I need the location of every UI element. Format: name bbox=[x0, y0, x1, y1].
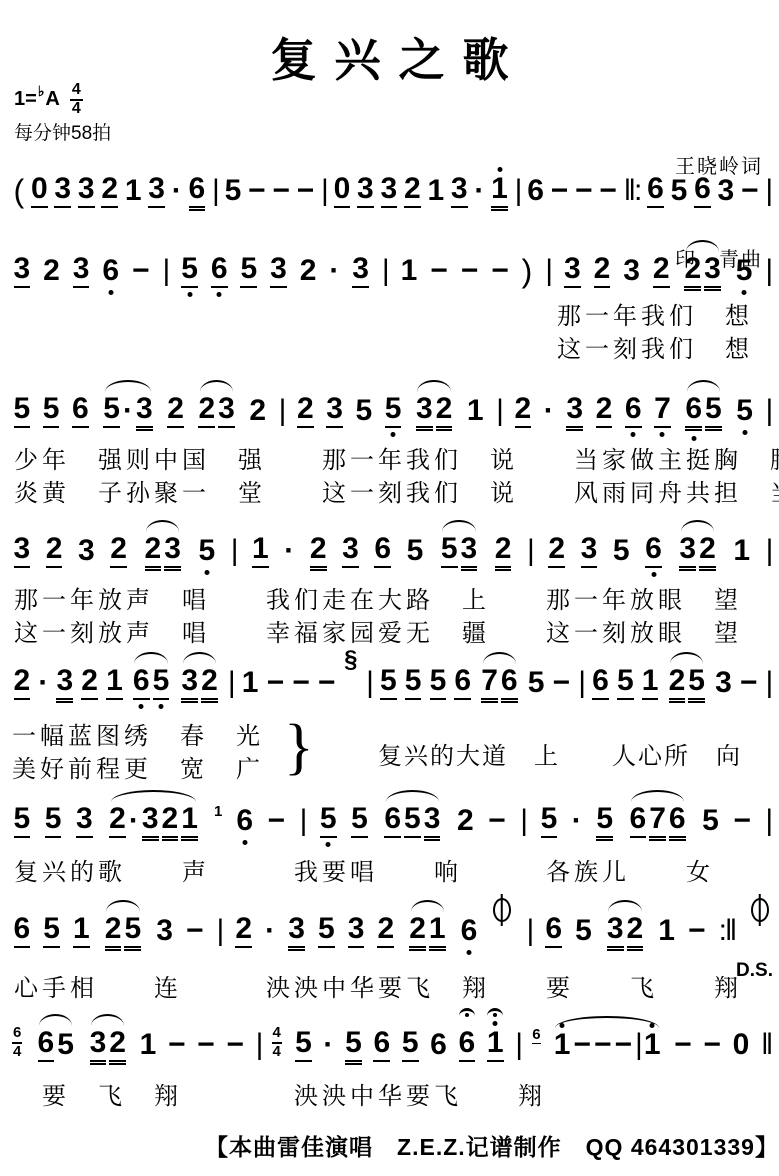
octave-dot bbox=[691, 436, 696, 441]
meter-top: 4 bbox=[272, 1025, 282, 1044]
note: 6 bbox=[592, 664, 609, 700]
lyrics-block: 心手相 连 泱泱中华要飞 翔 要 飞 翔 bbox=[12, 972, 773, 1005]
note: 3 bbox=[218, 392, 235, 428]
note: 2 bbox=[436, 392, 453, 428]
note: − bbox=[551, 174, 569, 208]
note: 5 bbox=[124, 912, 141, 948]
note: − bbox=[186, 914, 204, 948]
note: 3 bbox=[54, 172, 71, 208]
note: 5 bbox=[402, 1026, 419, 1062]
note: 2 bbox=[109, 802, 126, 838]
note: 5 bbox=[702, 804, 719, 838]
note: 3 bbox=[148, 172, 165, 208]
note: 6 bbox=[430, 1028, 447, 1062]
octave-dot bbox=[650, 1023, 655, 1028]
note: 3 bbox=[352, 252, 369, 288]
lyric-line: 炎黄 子孙聚一 堂 这一刻我们 说 风雨同舟共担 当 bbox=[12, 477, 773, 510]
note: 3 bbox=[607, 912, 624, 948]
note: 2 bbox=[46, 532, 63, 568]
note: 6 bbox=[72, 392, 89, 428]
barline: | bbox=[545, 254, 551, 288]
lyrics-block: 要 飞 翔 泱泱中华要飞 翔 bbox=[12, 1080, 773, 1113]
note: 6 bbox=[133, 664, 150, 700]
lyric-line: 心手相 连 泱泱中华要飞 翔 要 飞 翔 bbox=[12, 972, 773, 1005]
note: 5 bbox=[14, 802, 31, 838]
note: 6 bbox=[527, 174, 544, 208]
note: 0 bbox=[31, 172, 48, 208]
barline: | bbox=[765, 804, 771, 838]
note: 2 bbox=[596, 392, 613, 428]
slur-group: 76 bbox=[480, 664, 519, 700]
note: − bbox=[594, 1028, 612, 1062]
note: − bbox=[614, 1028, 632, 1062]
slur-group: 676 bbox=[628, 802, 687, 838]
note: 7 bbox=[481, 664, 498, 700]
note: 3 bbox=[14, 252, 31, 288]
note: 5 bbox=[320, 802, 337, 838]
note: 1 bbox=[644, 1028, 661, 1062]
note: 1 bbox=[73, 912, 90, 948]
slur-group: 65 bbox=[36, 1026, 75, 1062]
note: − bbox=[268, 804, 286, 838]
lyric-line: 复兴的大道 上 人心所 向 bbox=[378, 736, 742, 771]
time-signature: 64 bbox=[12, 1025, 22, 1060]
note: − bbox=[318, 666, 336, 700]
note: 2 bbox=[495, 532, 512, 568]
note: 5 bbox=[380, 664, 397, 700]
note: 1 bbox=[554, 1028, 571, 1062]
note: · bbox=[38, 666, 48, 700]
tempo-marking: 每分钟58拍 bbox=[14, 118, 111, 145]
note: 2 bbox=[515, 392, 532, 428]
note: − bbox=[132, 254, 150, 288]
note: 5 bbox=[736, 254, 753, 288]
slur-group: 21 bbox=[408, 912, 447, 948]
barline: | bbox=[321, 174, 327, 208]
note: · bbox=[544, 394, 554, 428]
lyric-line: 这一刻放声 唱 幸福家园爱无 疆 这一刻放眼 望 bbox=[12, 617, 773, 650]
note: · bbox=[474, 174, 484, 208]
note: 2 bbox=[627, 912, 644, 948]
note: 1 bbox=[181, 802, 198, 838]
grace-note: 1 bbox=[214, 803, 222, 820]
note: 5 bbox=[295, 1026, 312, 1062]
note: 5 bbox=[345, 1026, 362, 1062]
note: 3 bbox=[56, 664, 73, 700]
slur-group: 23 bbox=[683, 252, 722, 288]
note: − bbox=[292, 666, 310, 700]
note: 3 bbox=[704, 252, 721, 288]
note: − bbox=[740, 666, 758, 700]
note: − bbox=[599, 174, 617, 208]
note: 5 bbox=[596, 802, 613, 838]
note: 2 bbox=[594, 252, 611, 288]
note: 2 bbox=[201, 664, 218, 700]
note: 2 bbox=[145, 532, 162, 568]
note: 3 bbox=[715, 666, 732, 700]
octave-dot bbox=[108, 290, 113, 295]
note: · bbox=[129, 804, 139, 838]
note: 3 bbox=[136, 392, 153, 428]
note: − bbox=[267, 666, 285, 700]
note: 1 bbox=[642, 664, 659, 700]
paren: ( bbox=[14, 174, 25, 208]
note: 2 bbox=[684, 252, 701, 288]
note: 1 bbox=[242, 666, 259, 700]
note: − bbox=[272, 174, 290, 208]
barline: | bbox=[765, 174, 771, 208]
note: 1 bbox=[491, 172, 508, 208]
note: 5 bbox=[385, 392, 402, 428]
lyric-line: 那一年放声 唱 我们走在大路 上 那一年放眼 望 bbox=[12, 584, 773, 617]
note: 5 bbox=[45, 802, 62, 838]
note: 3 bbox=[357, 172, 374, 208]
notation-line: 6465321−−−|445·565661|61−−−|1−−0‖ bbox=[12, 1022, 773, 1062]
note: 2 bbox=[653, 252, 670, 288]
note: · bbox=[323, 1028, 333, 1062]
key-letter: A bbox=[45, 88, 59, 111]
octave-dot bbox=[187, 292, 192, 297]
note: 5 bbox=[43, 392, 60, 428]
note: 3 bbox=[181, 664, 198, 700]
key-prefix: 1= bbox=[14, 88, 37, 111]
note: 3 bbox=[623, 254, 640, 288]
note: 5 bbox=[541, 802, 558, 838]
note: 5 bbox=[441, 532, 458, 568]
note: 6 bbox=[669, 802, 686, 838]
music-system-3: 5565·32232|2355321|2·3267655|少年 强则中国 强 那… bbox=[12, 388, 773, 510]
note: 3 bbox=[90, 1026, 107, 1062]
note: 5 bbox=[57, 1028, 74, 1062]
note: 6 bbox=[384, 802, 401, 838]
note: · bbox=[329, 254, 339, 288]
note: 3 bbox=[156, 914, 173, 948]
note: 2 bbox=[297, 392, 314, 428]
octave-dot bbox=[742, 430, 747, 435]
note: 2 bbox=[81, 664, 98, 700]
music-system-8: 6465321−−−|445·565661|61−−−|1−−0‖要 飞 翔 泱… bbox=[12, 1022, 773, 1113]
slur-group: 65 bbox=[684, 392, 723, 428]
note: 3 bbox=[348, 912, 365, 948]
slur-group: 32 bbox=[180, 664, 219, 700]
lyric-line: 这一刻我们 想 bbox=[12, 333, 773, 366]
note: − bbox=[226, 1028, 244, 1062]
note: 6 bbox=[694, 172, 711, 208]
fermata-icon bbox=[487, 1008, 503, 1020]
notation-line: 5532·32116−|556532−|5·56765−| bbox=[12, 798, 773, 838]
brace: } bbox=[284, 712, 314, 783]
octave-dot bbox=[631, 432, 636, 437]
notation-line: (033213·6|5−−−|033213·1|6−−−‖:6563−| bbox=[12, 168, 773, 208]
slur-group: 2·321 bbox=[108, 802, 200, 838]
barline: | bbox=[578, 666, 584, 700]
lyric-line: 美好前程更 宽 广 bbox=[12, 753, 264, 786]
note: 5 bbox=[404, 802, 421, 838]
note: 2 bbox=[377, 912, 394, 948]
note: 6 bbox=[102, 254, 119, 288]
barline: :‖ bbox=[719, 914, 736, 948]
barline: | bbox=[217, 914, 223, 948]
note: 1 bbox=[467, 394, 484, 428]
note: 2 bbox=[235, 912, 252, 948]
note: 5 bbox=[736, 394, 753, 428]
note: 5 bbox=[407, 534, 424, 568]
note: 5 bbox=[43, 912, 60, 948]
note: 3 bbox=[164, 532, 181, 568]
note: − bbox=[741, 174, 759, 208]
note: − bbox=[688, 914, 706, 948]
slur-group: 25 bbox=[103, 912, 142, 948]
note: 2 bbox=[162, 802, 179, 838]
note: 6 bbox=[236, 804, 253, 838]
lyrics-block: 一幅蓝图绣 春 光美好前程更 宽 广 bbox=[12, 720, 264, 786]
note: 3 bbox=[73, 252, 90, 288]
octave-dot bbox=[158, 704, 163, 709]
note: 5 bbox=[575, 914, 592, 948]
slur-group: 23 bbox=[143, 532, 182, 568]
note: − bbox=[703, 1028, 721, 1062]
note: 6 bbox=[454, 664, 471, 700]
slur-group: 53 bbox=[439, 532, 478, 568]
lyric-line: 复兴的歌 声 我要唱 响 各族儿 女 bbox=[12, 856, 773, 889]
note: 5 bbox=[103, 392, 120, 428]
note: 6 bbox=[630, 802, 647, 838]
note: 1 bbox=[427, 174, 444, 208]
note: 5 bbox=[617, 664, 634, 700]
note: 3 bbox=[581, 532, 598, 568]
barline: | bbox=[228, 666, 234, 700]
note: − bbox=[575, 174, 593, 208]
note: 5 bbox=[528, 666, 545, 700]
note: 2 bbox=[548, 532, 565, 568]
barline: | bbox=[212, 174, 218, 208]
note: 3 bbox=[679, 532, 696, 568]
slur-group: 32 bbox=[605, 912, 644, 948]
note: 1 bbox=[658, 914, 675, 948]
note: − bbox=[733, 804, 751, 838]
note: 5 bbox=[351, 802, 368, 838]
note: 1 bbox=[429, 912, 446, 948]
note: 6 bbox=[545, 912, 562, 948]
note: 3 bbox=[14, 532, 31, 568]
note: 2 bbox=[14, 664, 31, 700]
notation-line: 3232235|1·2365532|2356321| bbox=[12, 528, 773, 568]
time-signature: 44 bbox=[272, 1025, 282, 1060]
note: 5 bbox=[430, 664, 447, 700]
meter-bottom: 4 bbox=[72, 101, 81, 118]
flat-icon: ♭ bbox=[38, 83, 45, 100]
note: 3 bbox=[326, 392, 343, 428]
note: · bbox=[572, 804, 582, 838]
note: 5 bbox=[181, 252, 198, 288]
note: 2 bbox=[105, 912, 122, 948]
barline: | bbox=[496, 394, 502, 428]
barline: ‖ bbox=[761, 1028, 771, 1062]
note: 5 bbox=[355, 394, 372, 428]
note: · bbox=[172, 174, 182, 208]
note: 5 bbox=[613, 534, 630, 568]
note: − bbox=[674, 1028, 692, 1062]
note: − bbox=[573, 1028, 591, 1062]
note: 6 bbox=[647, 172, 664, 208]
barline: | bbox=[231, 534, 237, 568]
note: 3 bbox=[270, 252, 287, 288]
barline: | bbox=[520, 804, 526, 838]
note: 3 bbox=[381, 172, 398, 208]
octave-dot bbox=[651, 572, 656, 577]
segno-icon: § bbox=[344, 646, 357, 674]
slur-group: 5·3 bbox=[102, 392, 154, 428]
octave-dot bbox=[204, 570, 209, 575]
meter-bottom: 4 bbox=[13, 1044, 21, 1061]
note: 3 bbox=[564, 252, 581, 288]
note: 3 bbox=[142, 802, 159, 838]
lyrics-block: 那一年我们 想这一刻我们 想 bbox=[12, 300, 773, 366]
slur-group: 65 bbox=[131, 664, 170, 700]
note: 6 bbox=[14, 912, 31, 948]
notation-line: 3236−|56532·3|1−−−)|3232235| bbox=[12, 248, 773, 288]
barline: | bbox=[382, 254, 388, 288]
note: 5 bbox=[671, 174, 688, 208]
note: 5 bbox=[240, 252, 257, 288]
octave-dot bbox=[493, 1021, 498, 1026]
barline: | bbox=[527, 534, 533, 568]
note: − bbox=[297, 174, 315, 208]
note: 2 bbox=[457, 804, 474, 838]
barline: | bbox=[256, 1028, 262, 1062]
note: 3 bbox=[461, 532, 478, 568]
octave-dot bbox=[466, 950, 471, 955]
slur-group: 1−−−|1 bbox=[552, 1028, 662, 1062]
note: 2 bbox=[669, 664, 686, 700]
note: 6 bbox=[501, 664, 518, 700]
octave-dot bbox=[742, 290, 747, 295]
paren: ) bbox=[522, 254, 533, 288]
note: 3 bbox=[451, 172, 468, 208]
slur-group: 25 bbox=[667, 664, 706, 700]
note: 5 bbox=[318, 912, 335, 948]
note: 2 bbox=[167, 392, 184, 428]
lyrics-block: 少年 强则中国 强 那一年我们 说 当家做主挺胸 膛炎黄 子孙聚一 堂 这一刻我… bbox=[12, 444, 773, 510]
barline: | bbox=[366, 666, 372, 700]
octave-dot bbox=[242, 840, 247, 845]
note: 5 bbox=[153, 664, 170, 700]
barline: | bbox=[515, 174, 521, 208]
note: 3 bbox=[76, 802, 93, 838]
note: 3 bbox=[424, 802, 441, 838]
note: · bbox=[284, 534, 294, 568]
note: 5 bbox=[705, 392, 722, 428]
slur-group: 32 bbox=[414, 392, 453, 428]
note: 6 bbox=[645, 532, 662, 568]
note: 2 bbox=[101, 172, 118, 208]
octave-dot bbox=[326, 842, 331, 847]
octave-dot bbox=[560, 1023, 565, 1028]
note: 1 bbox=[401, 254, 418, 288]
barline: | bbox=[526, 914, 532, 948]
lyrics-block: 复兴的歌 声 我要唱 响 各族儿 女 bbox=[12, 856, 773, 889]
song-title: 复兴之歌 bbox=[0, 24, 779, 90]
barline: | bbox=[766, 394, 772, 428]
barline: | bbox=[279, 394, 285, 428]
music-system-5: 2·3216532|1−−−§|5556765−|651253−|一幅蓝图绣 春… bbox=[12, 660, 773, 700]
grace-note: 6 bbox=[532, 1026, 540, 1044]
meter-top: 4 bbox=[70, 82, 83, 101]
note: 5 bbox=[225, 174, 242, 208]
note: 1 bbox=[106, 664, 123, 700]
note: 2 bbox=[300, 254, 317, 288]
note: 1 bbox=[733, 534, 750, 568]
barline: ‖: bbox=[624, 174, 641, 208]
note: 6 bbox=[211, 252, 228, 288]
note: − bbox=[553, 666, 571, 700]
note: · bbox=[123, 394, 133, 428]
barline: | bbox=[300, 804, 306, 838]
note: 6 bbox=[373, 1026, 390, 1062]
lyric-line: 少年 强则中国 强 那一年我们 说 当家做主挺胸 膛 bbox=[12, 444, 773, 477]
coda-icon bbox=[751, 898, 769, 922]
note: 2 bbox=[43, 254, 60, 288]
note: 1 bbox=[140, 1028, 157, 1062]
note: 5 bbox=[14, 392, 31, 428]
barline: | bbox=[162, 254, 168, 288]
lyric-line: 要 飞 翔 泱泱中华要飞 翔 bbox=[12, 1080, 773, 1113]
note: − bbox=[197, 1028, 215, 1062]
barline: | bbox=[765, 254, 771, 288]
octave-dot bbox=[497, 167, 502, 172]
notation-line: 5565·32232|2355321|2·3267655| bbox=[12, 388, 773, 428]
note: 6 bbox=[38, 1026, 55, 1062]
note: 6 bbox=[685, 392, 702, 428]
slur-group: 32 bbox=[678, 532, 717, 568]
lyrics-block: 那一年放声 唱 我们走在大路 上 那一年放眼 望这一刻放声 唱 幸福家园爱无 疆… bbox=[12, 584, 773, 650]
note: 3 bbox=[718, 174, 735, 208]
note: 1 bbox=[125, 174, 142, 208]
barline: | bbox=[766, 534, 772, 568]
dal-segno-label: D.S. bbox=[736, 960, 773, 982]
note: 3 bbox=[566, 392, 583, 428]
note: 6 bbox=[625, 392, 642, 428]
note: − bbox=[168, 1028, 186, 1062]
slur-group: 32 bbox=[88, 1026, 127, 1062]
note: · bbox=[265, 914, 275, 948]
note: 6 bbox=[189, 172, 206, 208]
note: 3 bbox=[78, 534, 95, 568]
note: 0 bbox=[334, 172, 351, 208]
note: 2 bbox=[409, 912, 426, 948]
note: 2 bbox=[110, 532, 127, 568]
note: 2 bbox=[310, 532, 327, 568]
note: 3 bbox=[288, 912, 305, 948]
footer-credit: 【本曲雷佳演唱 Z.E.Z.记谱制作 QQ 464301339】 bbox=[205, 1129, 779, 1162]
note: − bbox=[248, 174, 266, 208]
coda-icon bbox=[493, 898, 511, 922]
note: 3 bbox=[342, 532, 359, 568]
note: 6 bbox=[459, 1026, 476, 1062]
note: 7 bbox=[649, 802, 666, 838]
octave-dot bbox=[660, 432, 665, 437]
note: 5 bbox=[688, 664, 705, 700]
note: 2 bbox=[699, 532, 716, 568]
music-system-6: 5532·32116−|556532−|5·56765−|复兴的歌 声 我要唱 … bbox=[12, 798, 773, 889]
slur-group: 653 bbox=[383, 802, 442, 838]
key-signature: 1=♭A 4 4 bbox=[14, 82, 83, 118]
time-signature: 4 4 bbox=[70, 82, 83, 118]
octave-dot bbox=[391, 432, 396, 437]
note: 2 bbox=[249, 394, 266, 428]
notation-line: 651253−|2·3532216|65321−:‖ bbox=[12, 908, 773, 948]
note: 2 bbox=[109, 1026, 126, 1062]
